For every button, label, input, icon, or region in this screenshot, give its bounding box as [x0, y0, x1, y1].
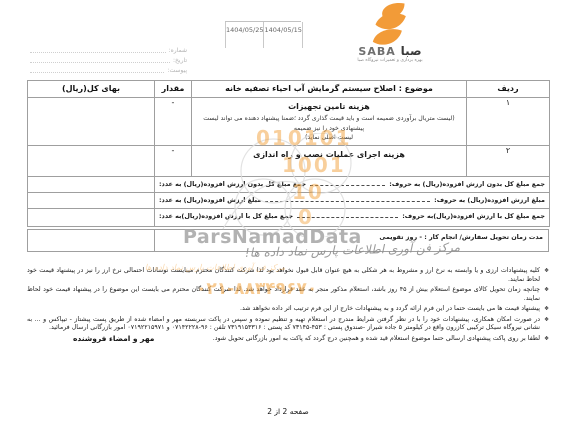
table-row: ۲ هزینه اجرای عملیات نصب و راه اندازی - [28, 146, 550, 177]
total-with-vat-words-blank [297, 213, 398, 218]
page-number: صفحه 2 از 2 [0, 407, 576, 416]
logo-persian: صبا [401, 44, 422, 58]
row1-title: هزینه تامین تجهیزات [192, 98, 466, 111]
header-total-price: بهای کل(ریال) [28, 81, 155, 98]
row1-note: (لیست متریال برآوردی ضمیمه است و باید قی… [192, 111, 466, 143]
row1-total [28, 98, 155, 146]
ref-attachment-label: پیوست: [167, 67, 187, 74]
vat-price-cell [28, 193, 155, 209]
vat-words-blank [265, 197, 430, 202]
date-value-2: 1404/05/15 [263, 22, 302, 48]
row1-quantity: - [155, 98, 192, 146]
delivery-time-row: مدت زمان تحویل سفارش/ انجام کار : - روز … [27, 229, 549, 252]
tender-inquiry-document: SABA صبا بهره برداری و تعمیرات نیروگاه ص… [0, 0, 576, 438]
diamond-bullet-icon: ❖ [540, 335, 549, 344]
header-quantity: مقدار [155, 81, 192, 98]
total-without-vat-words-blank [310, 181, 385, 186]
row2-number: ۲ [467, 146, 550, 177]
diamond-bullet-icon: ❖ [540, 305, 549, 314]
diamond-bullet-icon: ❖ [540, 286, 549, 303]
ref-number-label: شماره: [169, 47, 187, 54]
vat-amount-row: مبلغ ارزش افزوده(ریال) به حروف: مبلغ ارز… [28, 193, 550, 209]
row2-total [28, 146, 155, 177]
ref-date-label: تاریخ: [173, 57, 187, 64]
vat-digits-label: مبلغ ارزش افزوده(ریال) به عدد: [159, 196, 261, 204]
ref-date-row: تاریخ: [30, 54, 187, 64]
company-logo: SABA صبا بهره برداری و تعمیرات نیروگاه ص… [328, 2, 452, 63]
total-with-vat-digits-label: جمع مبلغ کل با ارزش افزوده(ریال)به عدد: [159, 212, 293, 220]
delivery-row-divider [154, 230, 155, 251]
total-without-vat-words-label: جمع مبلغ کل بدون ارزش افزوده(ریال) به حر… [389, 180, 545, 188]
row1-number: ۱ [467, 98, 550, 146]
ref-attachment-blank [30, 67, 164, 73]
logo-wordmark: SABA صبا [328, 46, 452, 57]
ref-number-blank [30, 47, 166, 53]
row2-title: هزینه اجرای عملیات نصب و راه اندازی [192, 146, 466, 159]
delivery-time-label: مدت زمان تحویل سفارش/ انجام کار : - روز … [28, 230, 548, 241]
items-table: ردیف موضوع : اصلاح سیستم گرمایش آب احیاء… [27, 80, 550, 227]
date-box: 1404/05/25 1404/05/15 [225, 21, 301, 48]
total-without-vat-row: جمع مبلغ کل بدون ارزش افزوده(ریال) به حر… [28, 177, 550, 193]
table-header-row: ردیف موضوع : اصلاح سیستم گرمایش آب احیاء… [28, 81, 550, 98]
ref-number-row: شماره: [30, 44, 187, 54]
note-text-2: چنانچه زمان تحویل کالای موضوع استعلام بی… [27, 286, 540, 303]
list-item: ❖ کلیه پیشنهادات ارزی و یا وابسته به نرخ… [27, 267, 549, 284]
reference-fields: شماره: تاریخ: پیوست: [30, 44, 187, 74]
total-with-vat-price-cell [28, 209, 155, 227]
row1-subject: هزینه تامین تجهیزات (لیست متریال برآوردی… [192, 98, 467, 146]
row2-quantity: - [155, 146, 192, 177]
total-with-vat-cell: جمع مبلغ کل با ارزش افزوده(ریال)به حروف:… [155, 209, 550, 227]
seller-seal-signature-label: مهر و امضاء فروشنده [73, 334, 154, 343]
vat-amount-cell: مبلغ ارزش افزوده(ریال) به حروف: مبلغ ارز… [155, 193, 550, 209]
note-text-3: پیشنهاد قیمت ها می بایست حتما در این فرم… [27, 305, 540, 314]
list-item: ❖ پیشنهاد قیمت ها می بایست حتما در این ف… [27, 305, 549, 314]
total-with-vat-row: جمع مبلغ کل با ارزش افزوده(ریال)به حروف:… [28, 209, 550, 227]
ref-attachment-row: پیوست: [30, 64, 187, 74]
note-text-1: کلیه پیشنهادات ارزی و یا وابسته به نرخ ا… [27, 267, 540, 284]
ref-date-blank [30, 57, 170, 63]
note-text-4: در صورت امکان همکاری، پیشنهادات خود را ب… [27, 316, 540, 333]
header-row-number: ردیف [467, 81, 550, 98]
total-without-vat-digits-label: جمع مبلغ کل بدون ارزش افزوده(ریال) به عد… [159, 180, 306, 188]
total-without-vat-cell: جمع مبلغ کل بدون ارزش افزوده(ریال) به حر… [155, 177, 550, 193]
list-item: ❖ در صورت امکان همکاری، پیشنهادات خود را… [27, 316, 549, 333]
vat-words-label: مبلغ ارزش افزوده(ریال) به حروف: [434, 196, 545, 204]
table-row: ۱ هزینه تامین تجهیزات (لیست متریال برآور… [28, 98, 550, 146]
row2-subject: هزینه اجرای عملیات نصب و راه اندازی [192, 146, 467, 177]
diamond-bullet-icon: ❖ [540, 267, 549, 284]
date-value-1: 1404/05/25 [225, 22, 263, 48]
logo-latin: SABA [358, 45, 395, 58]
header-subject: موضوع : اصلاح سیستم گرمایش آب احیاء تصفی… [192, 81, 467, 98]
total-with-vat-words-label: جمع مبلغ کل با ارزش افزوده(ریال)به حروف: [402, 212, 545, 220]
diamond-bullet-icon: ❖ [540, 316, 549, 333]
saba-swirl-icon [357, 2, 423, 46]
total-without-vat-price-cell [28, 177, 155, 193]
logo-tagline: بهره برداری و تعمیرات نیروگاه صبا [328, 58, 452, 63]
list-item: ❖ چنانچه زمان تحویل کالای موضوع استعلام … [27, 286, 549, 303]
